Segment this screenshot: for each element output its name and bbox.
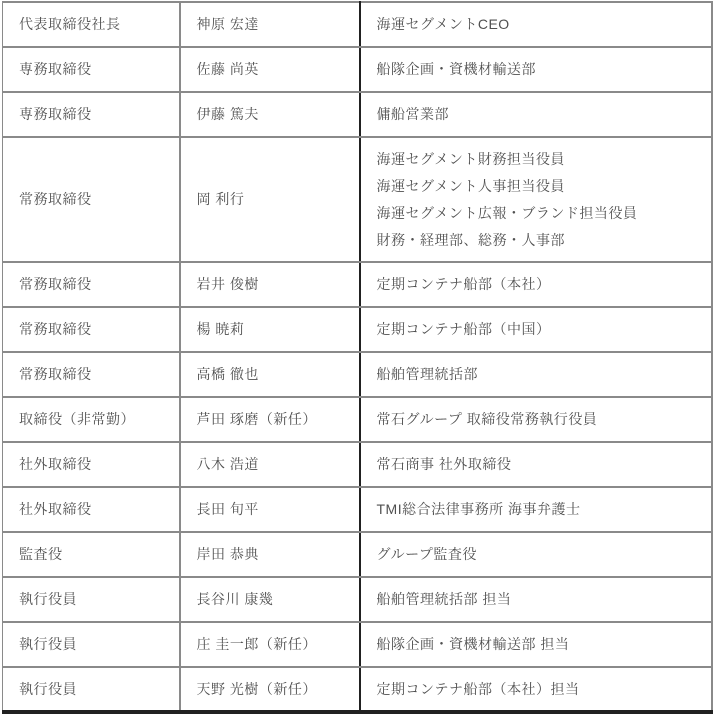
name-cell: 佐藤 尚英 <box>180 47 360 92</box>
name-cell: 伊藤 篤夫 <box>180 92 360 137</box>
name-cell: 八木 浩道 <box>180 442 360 487</box>
position-cell: 執行役員 <box>3 577 180 622</box>
role-cell: 常石商事 社外取締役 <box>360 442 712 487</box>
role-cell: 定期コンテナ船部（中国） <box>360 307 712 352</box>
table-row: 執行役員 天野 光樹（新任） 定期コンテナ船部（本社）担当 <box>3 667 712 712</box>
position-cell: 常務取締役 <box>3 262 180 307</box>
role-cell: 船隊企画・資機材輸送部 <box>360 47 712 92</box>
position-cell: 執行役員 <box>3 622 180 667</box>
name-cell: 岡 利行 <box>180 137 360 262</box>
position-cell: 常務取締役 <box>3 307 180 352</box>
table-row: 監査役 岸田 恭典 グループ監査役 <box>3 532 712 577</box>
table-row: 専務取締役 伊藤 篤夫 傭船営業部 <box>3 92 712 137</box>
role-cell: 海運セグメント財務担当役員 海運セグメント人事担当役員 海運セグメント広報・ブラ… <box>360 137 712 262</box>
role-cell: 海運セグメントCEO <box>360 2 712 47</box>
position-cell: 社外取締役 <box>3 442 180 487</box>
position-cell: 専務取締役 <box>3 92 180 137</box>
table-row: 執行役員 庄 圭一郎（新任） 船隊企画・資機材輸送部 担当 <box>3 622 712 667</box>
name-cell: 岩井 俊樹 <box>180 262 360 307</box>
role-cell: 船隊企画・資機材輸送部 担当 <box>360 622 712 667</box>
role-cell: 傭船営業部 <box>360 92 712 137</box>
table-row: 専務取締役 佐藤 尚英 船隊企画・資機材輸送部 <box>3 47 712 92</box>
position-cell: 執行役員 <box>3 667 180 712</box>
position-cell: 代表取締役社長 <box>3 2 180 47</box>
table-row: 常務取締役 楊 暁莉 定期コンテナ船部（中国） <box>3 307 712 352</box>
position-cell: 監査役 <box>3 532 180 577</box>
position-cell: 社外取締役 <box>3 487 180 532</box>
table-row: 常務取締役 高橋 徹也 船舶管理統括部 <box>3 352 712 397</box>
position-cell: 常務取締役 <box>3 352 180 397</box>
table-row: 社外取締役 八木 浩道 常石商事 社外取締役 <box>3 442 712 487</box>
table-row: 執行役員 長谷川 康幾 船舶管理統括部 担当 <box>3 577 712 622</box>
name-cell: 長田 旬平 <box>180 487 360 532</box>
name-cell: 長谷川 康幾 <box>180 577 360 622</box>
name-cell: 神原 宏達 <box>180 2 360 47</box>
officers-table-body: 代表取締役社長 神原 宏達 海運セグメントCEO 専務取締役 佐藤 尚英 船隊企… <box>3 2 712 712</box>
table-row: 常務取締役 岩井 俊樹 定期コンテナ船部（本社） <box>3 262 712 307</box>
name-cell: 天野 光樹（新任） <box>180 667 360 712</box>
role-cell: 船舶管理統括部 <box>360 352 712 397</box>
name-cell: 芦田 琢磨（新任） <box>180 397 360 442</box>
role-cell: グループ監査役 <box>360 532 712 577</box>
role-cell: 常石グループ 取締役常務執行役員 <box>360 397 712 442</box>
table-row: 取締役（非常勤） 芦田 琢磨（新任） 常石グループ 取締役常務執行役員 <box>3 397 712 442</box>
table-row: 社外取締役 長田 旬平 TMI総合法律事務所 海事弁護士 <box>3 487 712 532</box>
role-cell: 定期コンテナ船部（本社） <box>360 262 712 307</box>
role-cell: TMI総合法律事務所 海事弁護士 <box>360 487 712 532</box>
position-cell: 常務取締役 <box>3 137 180 262</box>
role-cell: 定期コンテナ船部（本社）担当 <box>360 667 712 712</box>
name-cell: 楊 暁莉 <box>180 307 360 352</box>
name-cell: 岸田 恭典 <box>180 532 360 577</box>
table-row: 常務取締役 岡 利行 海運セグメント財務担当役員 海運セグメント人事担当役員 海… <box>3 137 712 262</box>
name-cell: 高橋 徹也 <box>180 352 360 397</box>
position-cell: 取締役（非常勤） <box>3 397 180 442</box>
table-row: 代表取締役社長 神原 宏達 海運セグメントCEO <box>3 2 712 47</box>
name-cell: 庄 圭一郎（新任） <box>180 622 360 667</box>
role-cell: 船舶管理統括部 担当 <box>360 577 712 622</box>
officers-table: 代表取締役社長 神原 宏達 海運セグメントCEO 専務取締役 佐藤 尚英 船隊企… <box>2 1 713 714</box>
position-cell: 専務取締役 <box>3 47 180 92</box>
